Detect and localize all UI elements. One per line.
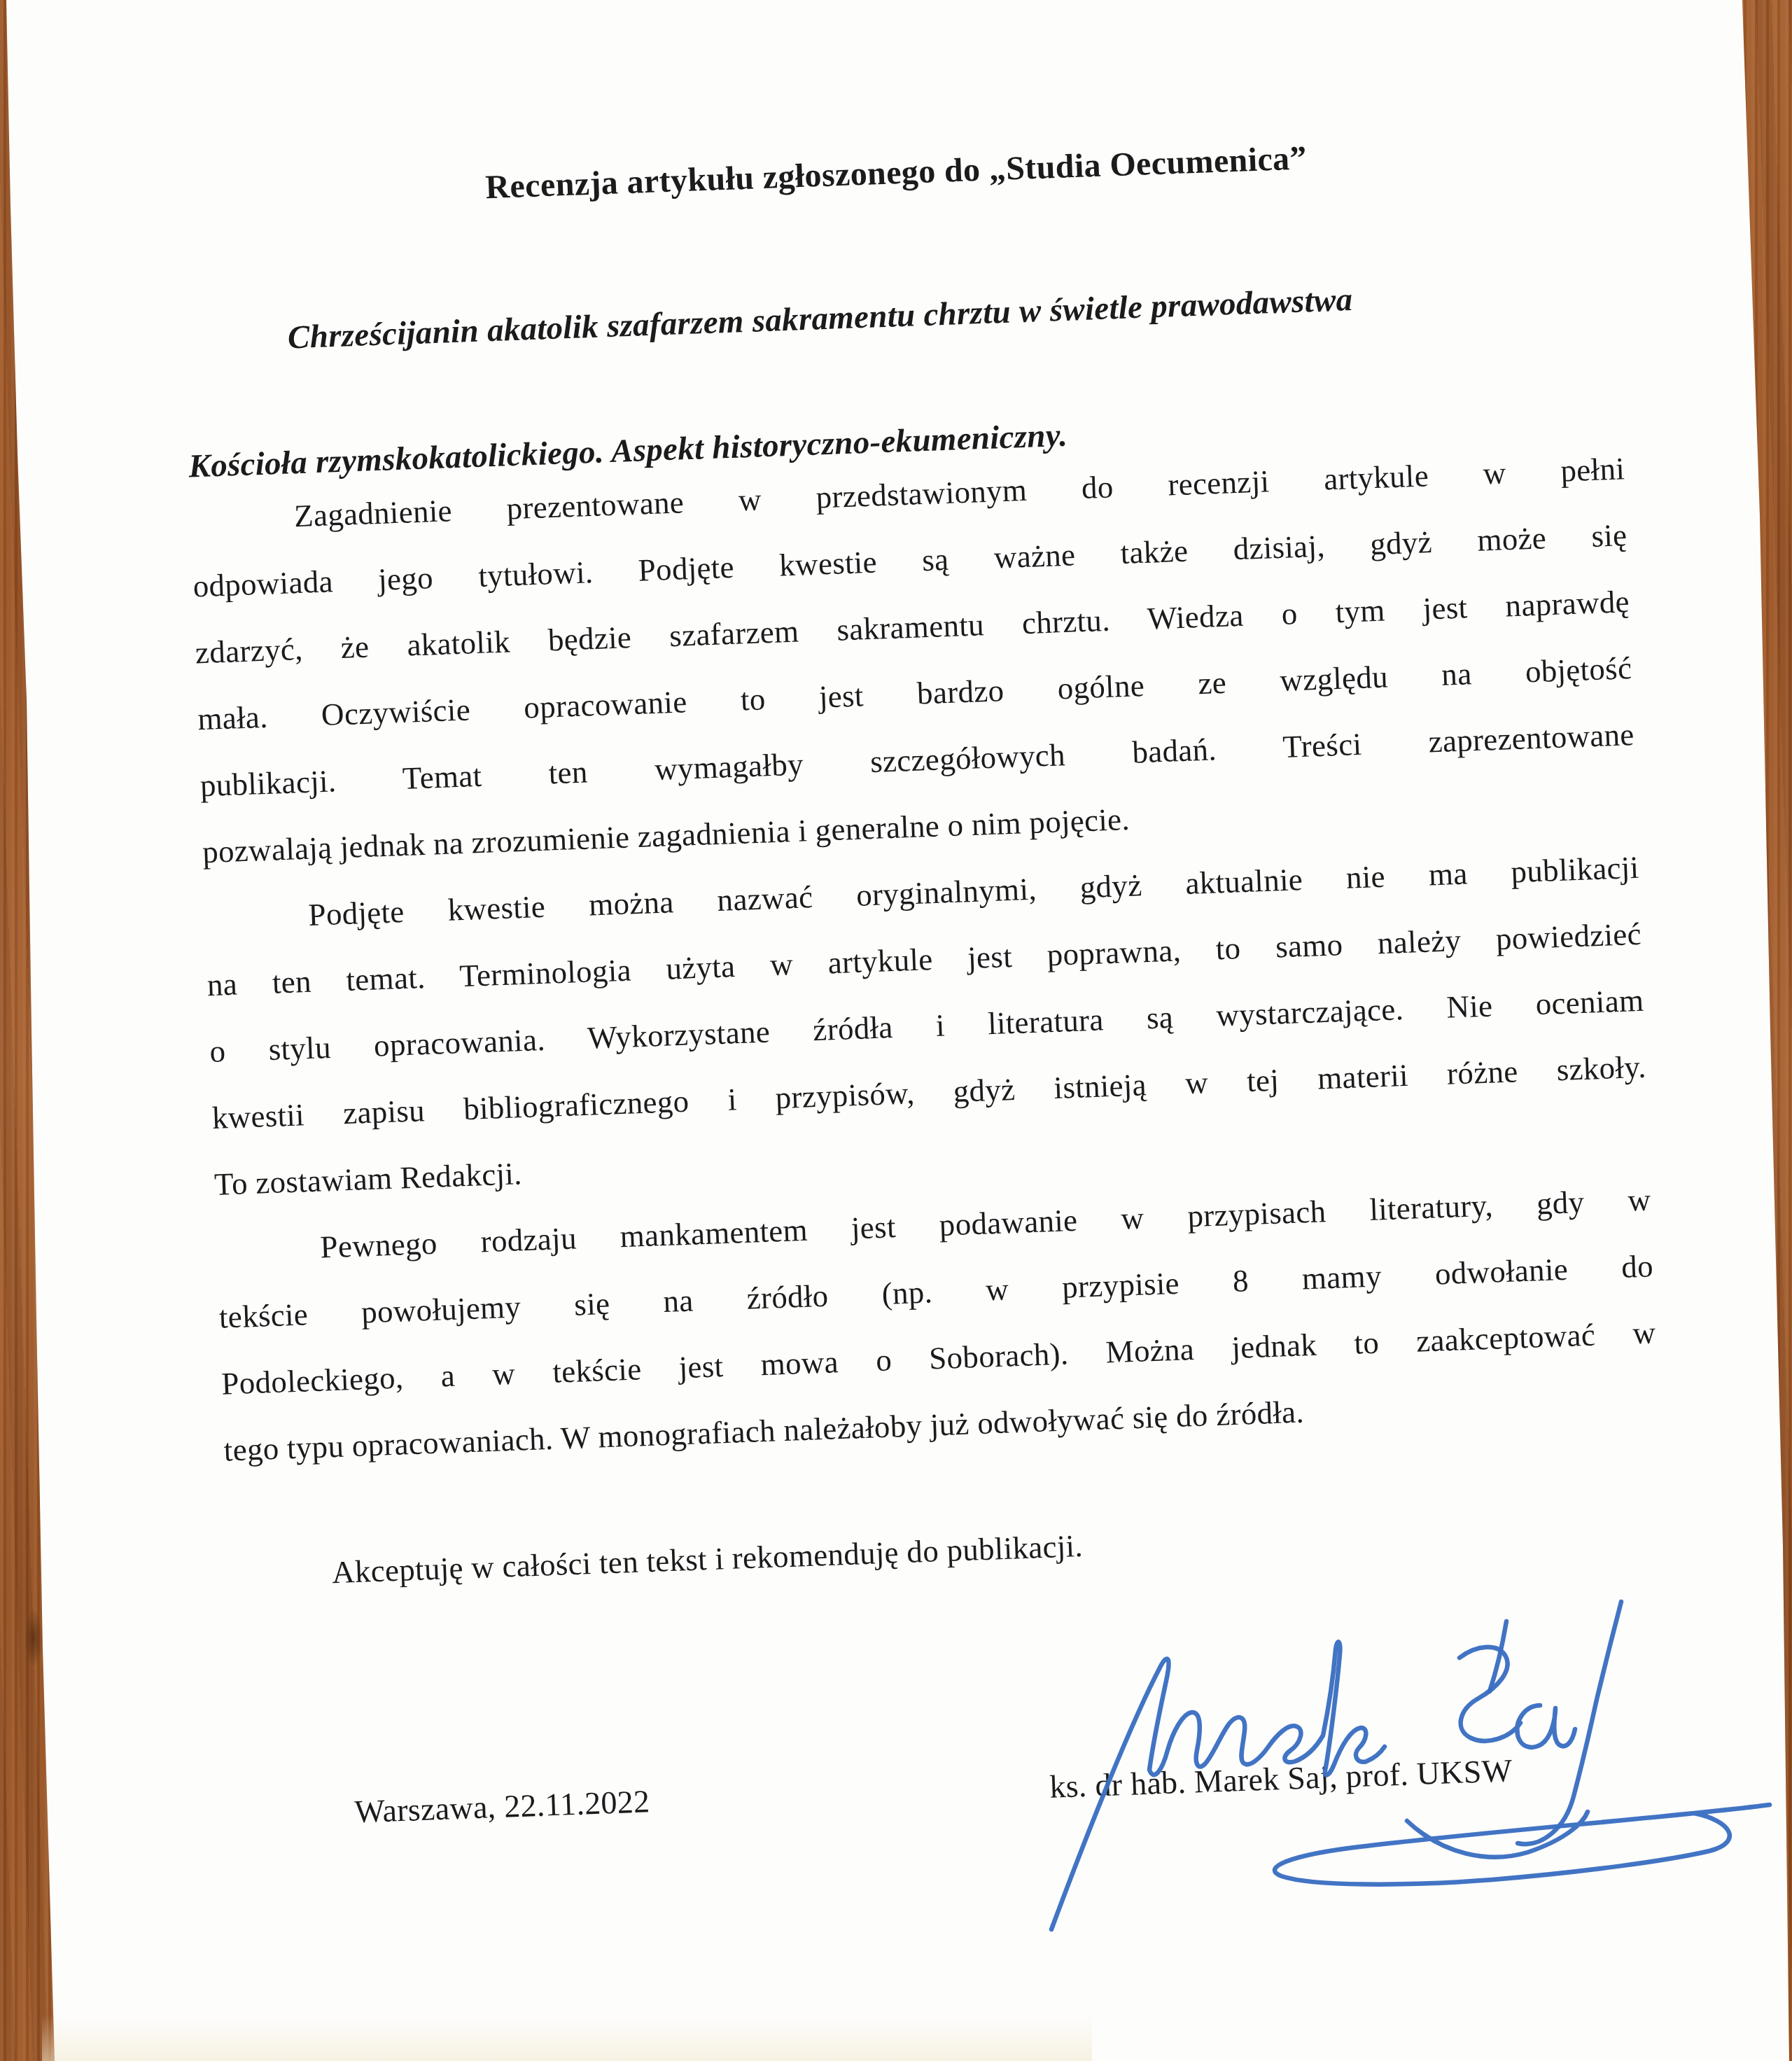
scanned-review-page: Recenzja artykułu zgłoszonego do „Studia…	[0, 0, 1792, 2061]
place-and-date: Warszawa, 22.11.2022	[353, 1768, 651, 1845]
footer-row: Warszawa, 22.11.2022 ks. dr hab. Marek S…	[236, 1731, 1672, 1849]
scan-shadow-bottom	[42, 2015, 1092, 2061]
document-content: Recenzja artykułu zgłoszonego do „Studia…	[71, 77, 1720, 2022]
closing-statement: Akceptuję w całości ten tekst i rekomend…	[227, 1492, 1664, 1609]
paragraph-3: Pewnego rodzaju mankamentem jest podawan…	[216, 1167, 1659, 1484]
paragraph-2: Podjęte kwestie można nazwać oryginalnym…	[204, 834, 1650, 1218]
wood-desk-edge-right	[1729, 0, 1792, 2061]
document-title: Recenzja artykułu zgłoszonego do „Studia…	[178, 128, 1614, 218]
paragraph-1: Zagadnienie prezentowane w przedstawiony…	[190, 435, 1638, 886]
signature-printed-name: ks. dr hab. Marek Saj, prof. UKSW	[1049, 1737, 1513, 1820]
article-title-line-1: Chrześcijanin akatolik szafarzem sakrame…	[183, 271, 1619, 360]
wood-desk-edge-left	[0, 0, 70, 2061]
